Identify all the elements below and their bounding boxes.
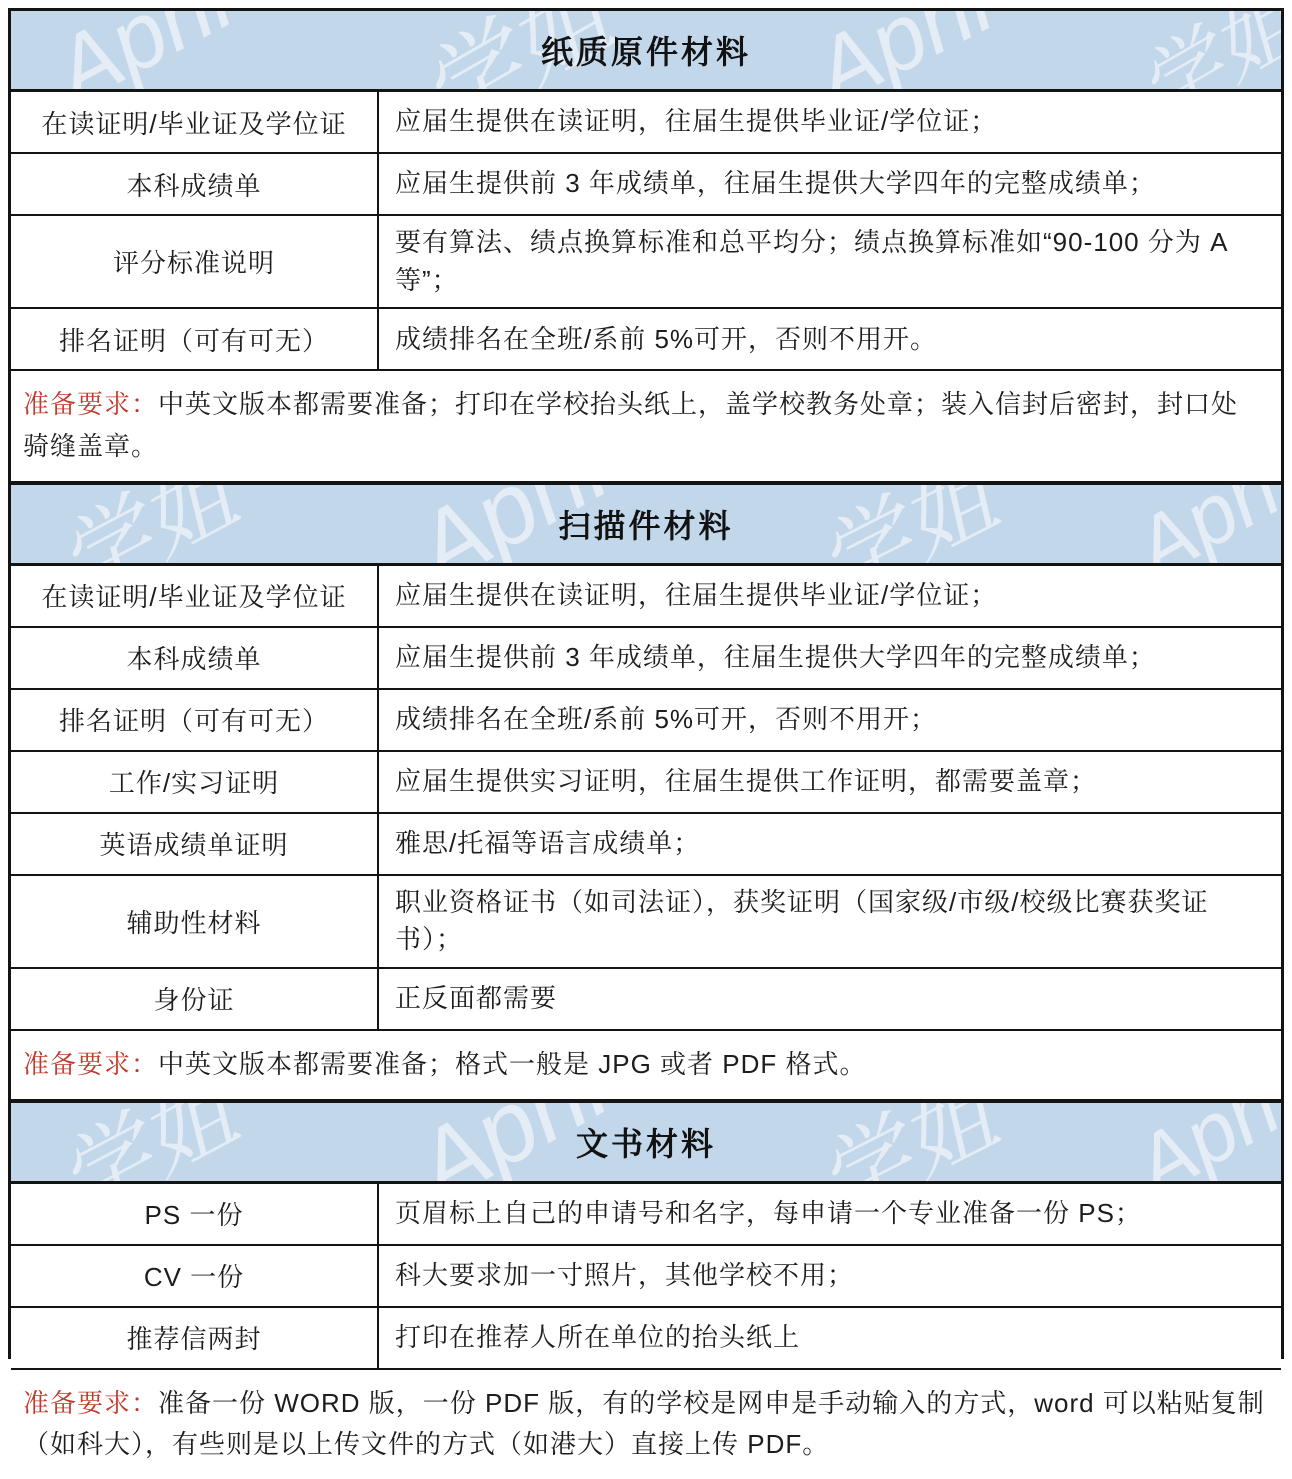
row-value: 应届生提供在读证明，往届生提供毕业证/学位证； [379,92,1281,152]
section-title: 纸质原件材料 [541,27,751,73]
row-label: CV 一份 [11,1246,379,1306]
section-title: 文书材料 [576,1119,716,1165]
section-header-scanned: 学姐 April 学姐 April 扫描件材料 [11,484,1281,566]
watermark-text: April [797,11,1009,92]
row-label: 推荐信两封 [11,1308,379,1368]
watermark-text: 学姐 [791,1102,1015,1184]
row-label: 评分标准说明 [11,216,379,307]
row-value: 正反面都需要 [379,969,1281,1029]
watermark-text: 学姐 [1112,11,1281,92]
row-value: 应届生提供实习证明，往届生提供工作证明，都需要盖章； [379,752,1281,812]
note-label: 准备要求： [23,1049,158,1079]
table-row: 本科成绩单 应届生提供前 3 年成绩单，往届生提供大学四年的完整成绩单； [11,154,1281,216]
row-label: 在读证明/毕业证及学位证 [11,92,379,152]
section-written-documents: 学姐 April 学姐 April 文书材料 PS 一份 页眉标上自己的申请号和… [11,1102,1281,1479]
table-row: 排名证明（可有可无） 成绩排名在全班/系前 5%可开，否则不用开。 [11,309,1281,371]
table-row: CV 一份 科大要求加一寸照片，其他学校不用； [11,1246,1281,1308]
table-row: 工作/实习证明 应届生提供实习证明，往届生提供工作证明，都需要盖章； [11,752,1281,814]
section-scanned-materials: 学姐 April 学姐 April 扫描件材料 在读证明/毕业证及学位证 应届生… [11,484,1281,1102]
row-label: 工作/实习证明 [11,752,379,812]
table-row: 推荐信两封 打印在推荐人所在单位的抬头纸上 [11,1308,1281,1370]
note-text: 中英文版本都需要准备；打印在学校抬头纸上，盖学校教务处章；装入信封后密封，封口处… [23,389,1238,461]
table-row: 在读证明/毕业证及学位证 应届生提供在读证明，往届生提供毕业证/学位证； [11,566,1281,628]
note-label: 准备要求： [23,1388,158,1418]
row-label: 身份证 [11,969,379,1029]
row-value: 页眉标上自己的申请号和名字，每申请一个专业准备一份 PS； [379,1184,1281,1244]
row-value: 要有算法、绩点换算标准和总平均分；绩点换算标准如“90-100 分为 A 等”； [379,216,1281,307]
application-materials-table: April 学姐 April 学姐 纸质原件材料 在读证明/毕业证及学位证 应届… [8,8,1284,1359]
note-text: 中英文版本都需要准备；格式一般是 JPG 或者 PDF 格式。 [158,1049,866,1079]
note-row: 准备要求：中英文版本都需要准备；打印在学校抬头纸上，盖学校教务处章；装入信封后密… [11,371,1281,483]
watermark-text: April [1118,484,1281,566]
note-text: 准备一份 WORD 版，一份 PDF 版，有的学校是网申是手动输入的方式，wor… [23,1388,1265,1460]
row-value: 打印在推荐人所在单位的抬头纸上 [379,1308,1281,1368]
row-label: 辅助性材料 [11,876,379,967]
row-value: 应届生提供在读证明，往届生提供毕业证/学位证； [379,566,1281,626]
watermark-text: 学姐 [31,1102,255,1184]
table-row: 辅助性材料 职业资格证书（如司法证），获奖证明（国家级/市级/校级比赛获奖证书）… [11,876,1281,969]
watermark-text: April [37,11,249,92]
table-row: 身份证 正反面都需要 [11,969,1281,1031]
row-value: 成绩排名在全班/系前 5%可开，否则不用开； [379,690,1281,750]
row-label: 排名证明（可有可无） [11,690,379,750]
row-value: 雅思/托福等语言成绩单； [379,814,1281,874]
document-page: April 学姐 April 学姐 纸质原件材料 在读证明/毕业证及学位证 应届… [0,0,1292,1364]
note-row: 准备要求：准备一份 WORD 版，一份 PDF 版，有的学校是网申是手动输入的方… [11,1370,1281,1479]
table-row: 评分标准说明 要有算法、绩点换算标准和总平均分；绩点换算标准如“90-100 分… [11,216,1281,309]
note-row: 准备要求：中英文版本都需要准备；格式一般是 JPG 或者 PDF 格式。 [11,1031,1281,1102]
section-header-paper: April 学姐 April 学姐 纸质原件材料 [11,11,1281,92]
note-label: 准备要求： [23,389,158,419]
row-value: 成绩排名在全班/系前 5%可开，否则不用开。 [379,309,1281,369]
row-value: 职业资格证书（如司法证），获奖证明（国家级/市级/校级比赛获奖证书）； [379,876,1281,967]
row-value: 应届生提供前 3 年成绩单，往届生提供大学四年的完整成绩单； [379,628,1281,688]
watermark-text: 学姐 [31,484,255,566]
row-label: 英语成绩单证明 [11,814,379,874]
row-value: 应届生提供前 3 年成绩单，往届生提供大学四年的完整成绩单； [379,154,1281,214]
row-label: 在读证明/毕业证及学位证 [11,566,379,626]
table-row: 英语成绩单证明 雅思/托福等语言成绩单； [11,814,1281,876]
table-row: PS 一份 页眉标上自己的申请号和名字，每申请一个专业准备一份 PS； [11,1184,1281,1246]
section-header-documents: 学姐 April 学姐 April 文书材料 [11,1102,1281,1184]
row-label: 本科成绩单 [11,628,379,688]
table-row: 在读证明/毕业证及学位证 应届生提供在读证明，往届生提供毕业证/学位证； [11,92,1281,154]
table-row: 排名证明（可有可无） 成绩排名在全班/系前 5%可开，否则不用开； [11,690,1281,752]
row-label: 排名证明（可有可无） [11,309,379,369]
row-label: 本科成绩单 [11,154,379,214]
watermark-text: April [1118,1102,1281,1184]
row-label: PS 一份 [11,1184,379,1244]
section-paper-originals: April 学姐 April 学姐 纸质原件材料 在读证明/毕业证及学位证 应届… [11,11,1281,484]
table-row: 本科成绩单 应届生提供前 3 年成绩单，往届生提供大学四年的完整成绩单； [11,628,1281,690]
watermark-text: 学姐 [791,484,1015,566]
row-value: 科大要求加一寸照片，其他学校不用； [379,1246,1281,1306]
section-title: 扫描件材料 [558,501,733,547]
